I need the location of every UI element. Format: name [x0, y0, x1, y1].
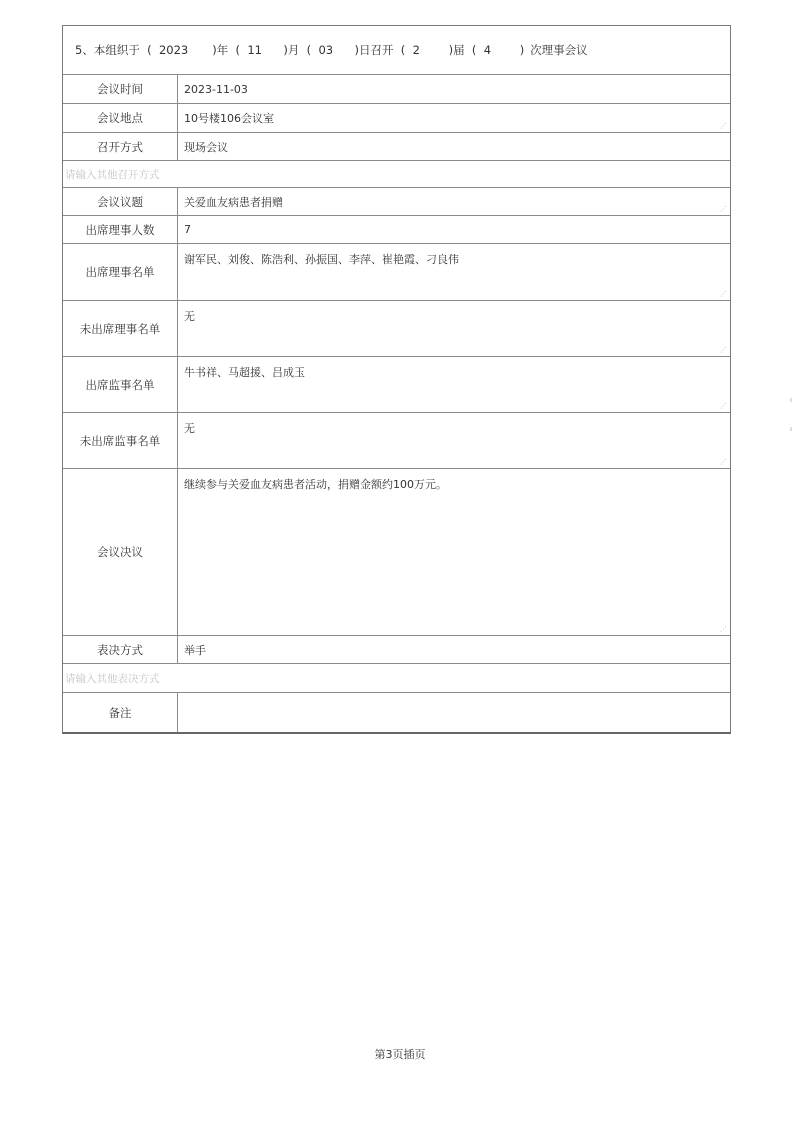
label-supervisors-absent-list: 未出席监事名单: [63, 413, 178, 468]
paren-open: (: [393, 43, 412, 57]
input-meeting-time[interactable]: 2023-11-03: [178, 75, 730, 103]
row-meeting-place: 会议地点 10号楼106会议室 ⋰: [63, 103, 730, 132]
paren-close: ): [520, 43, 525, 57]
directors-present-text: 谢军民、刘俊、陈浩利、孙振国、李萍、崔艳霞、刁良伟: [184, 251, 459, 267]
label-directors-present-list: 出席理事名单: [63, 244, 178, 300]
header-session-suffix: 届: [453, 42, 465, 58]
textarea-resolution[interactable]: 继续参与关爱血友病患者活动，捐赠金额约100万元。 ⋰: [178, 469, 730, 635]
meeting-place-text: 10号楼106会议室: [184, 110, 274, 126]
textarea-directors-absent-list[interactable]: 无 ⋰: [178, 301, 730, 356]
header-session[interactable]: 2: [413, 43, 449, 57]
input-other-format[interactable]: 请输入其他召开方式: [63, 160, 730, 187]
label-meeting-format: 召开方式: [63, 133, 178, 160]
meeting-record-form: 5、本组织于 ( 2023 ) 年 ( 11 ) 月 ( 03 ) 日召开 ( …: [62, 25, 731, 734]
header-prefix: 5、本组织于: [75, 42, 140, 58]
header-month-suffix: 月: [288, 42, 300, 58]
row-directors-present-count: 出席理事人数 7: [63, 215, 730, 243]
resize-handle-icon[interactable]: ⋰: [720, 403, 727, 410]
paren-open: (: [465, 43, 484, 57]
header-month[interactable]: 11: [247, 43, 283, 57]
label-meeting-time: 会议时间: [63, 75, 178, 103]
header-meeting-suffix: 次理事会议: [530, 42, 588, 58]
row-remarks: 备注: [63, 692, 730, 732]
resize-handle-icon[interactable]: ⋰: [720, 206, 727, 213]
resolution-text: 继续参与关爱血友病患者活动，捐赠金额约100万元。: [184, 476, 447, 492]
header-day[interactable]: 03: [318, 43, 354, 57]
row-supervisors-present-list: 出席监事名单 牛书祥、马超援、吕成玉 ⋰: [63, 356, 730, 412]
paren-open: (: [228, 43, 247, 57]
label-resolution: 会议决议: [63, 469, 178, 635]
resize-handle-icon[interactable]: ⋰: [720, 459, 727, 466]
select-voting-method[interactable]: 举手: [178, 636, 730, 663]
input-meeting-place[interactable]: 10号楼106会议室 ⋰: [178, 104, 730, 132]
resize-handle-icon[interactable]: ⋰: [720, 291, 727, 298]
row-agenda: 会议议题 关爱血友病患者捐赠 ⋰: [63, 187, 730, 215]
row-directors-absent-list: 未出席理事名单 无 ⋰: [63, 300, 730, 356]
header-year[interactable]: 2023: [159, 43, 205, 57]
row-voting-method: 表决方式 举手: [63, 635, 730, 663]
input-agenda[interactable]: 关爱血友病患者捐赠 ⋰: [178, 188, 730, 215]
paren-open: (: [299, 43, 318, 57]
label-voting-method: 表决方式: [63, 636, 178, 663]
label-agenda: 会议议题: [63, 188, 178, 215]
label-meeting-place: 会议地点: [63, 104, 178, 132]
textarea-directors-present-list[interactable]: 谢军民、刘俊、陈浩利、孙振国、李萍、崔艳霞、刁良伟 ⋰: [178, 244, 730, 300]
agenda-text: 关爱血友病患者捐赠: [184, 194, 283, 210]
row-meeting-time: 会议时间 2023-11-03: [63, 74, 730, 103]
textarea-supervisors-present-list[interactable]: 牛书祥、马超援、吕成玉 ⋰: [178, 357, 730, 412]
label-directors-present-count: 出席理事人数: [63, 216, 178, 243]
row-resolution: 会议决议 继续参与关爱血友病患者活动，捐赠金额约100万元。 ⋰: [63, 468, 730, 635]
scan-mark: ı: [790, 396, 792, 404]
input-remarks[interactable]: [178, 693, 730, 732]
page-footer: 第3页插页: [0, 1046, 800, 1062]
supervisors-present-text: 牛书祥、马超援、吕成玉: [184, 364, 305, 380]
row-supervisors-absent-list: 未出席监事名单 无 ⋰: [63, 412, 730, 468]
input-directors-present-count[interactable]: 7: [178, 216, 730, 243]
label-directors-absent-list: 未出席理事名单: [63, 301, 178, 356]
paren-close: ): [205, 43, 217, 57]
header-day-suffix: 日召开: [359, 42, 394, 58]
header-year-suffix: 年: [217, 42, 229, 58]
resize-handle-icon[interactable]: ⋰: [720, 347, 727, 354]
input-other-voting[interactable]: 请输入其他表决方式: [63, 663, 730, 692]
resize-handle-icon[interactable]: ⋰: [720, 123, 727, 130]
label-remarks: 备注: [63, 693, 178, 732]
directors-absent-text: 无: [184, 308, 195, 324]
select-meeting-format[interactable]: 现场会议: [178, 133, 730, 160]
row-directors-present-list: 出席理事名单 谢军民、刘俊、陈浩利、孙振国、李萍、崔艳霞、刁良伟 ⋰: [63, 243, 730, 300]
row-meeting-format: 召开方式 现场会议: [63, 132, 730, 160]
resize-handle-icon[interactable]: ⋰: [720, 626, 727, 633]
header-meeting-no[interactable]: 4: [484, 43, 520, 57]
label-supervisors-present-list: 出席监事名单: [63, 357, 178, 412]
paren-open: (: [140, 43, 159, 57]
supervisors-absent-text: 无: [184, 420, 195, 436]
meeting-header-line: 5、本组织于 ( 2023 ) 年 ( 11 ) 月 ( 03 ) 日召开 ( …: [63, 26, 730, 74]
textarea-supervisors-absent-list[interactable]: 无 ⋰: [178, 413, 730, 468]
scan-mark: ı: [790, 425, 792, 433]
